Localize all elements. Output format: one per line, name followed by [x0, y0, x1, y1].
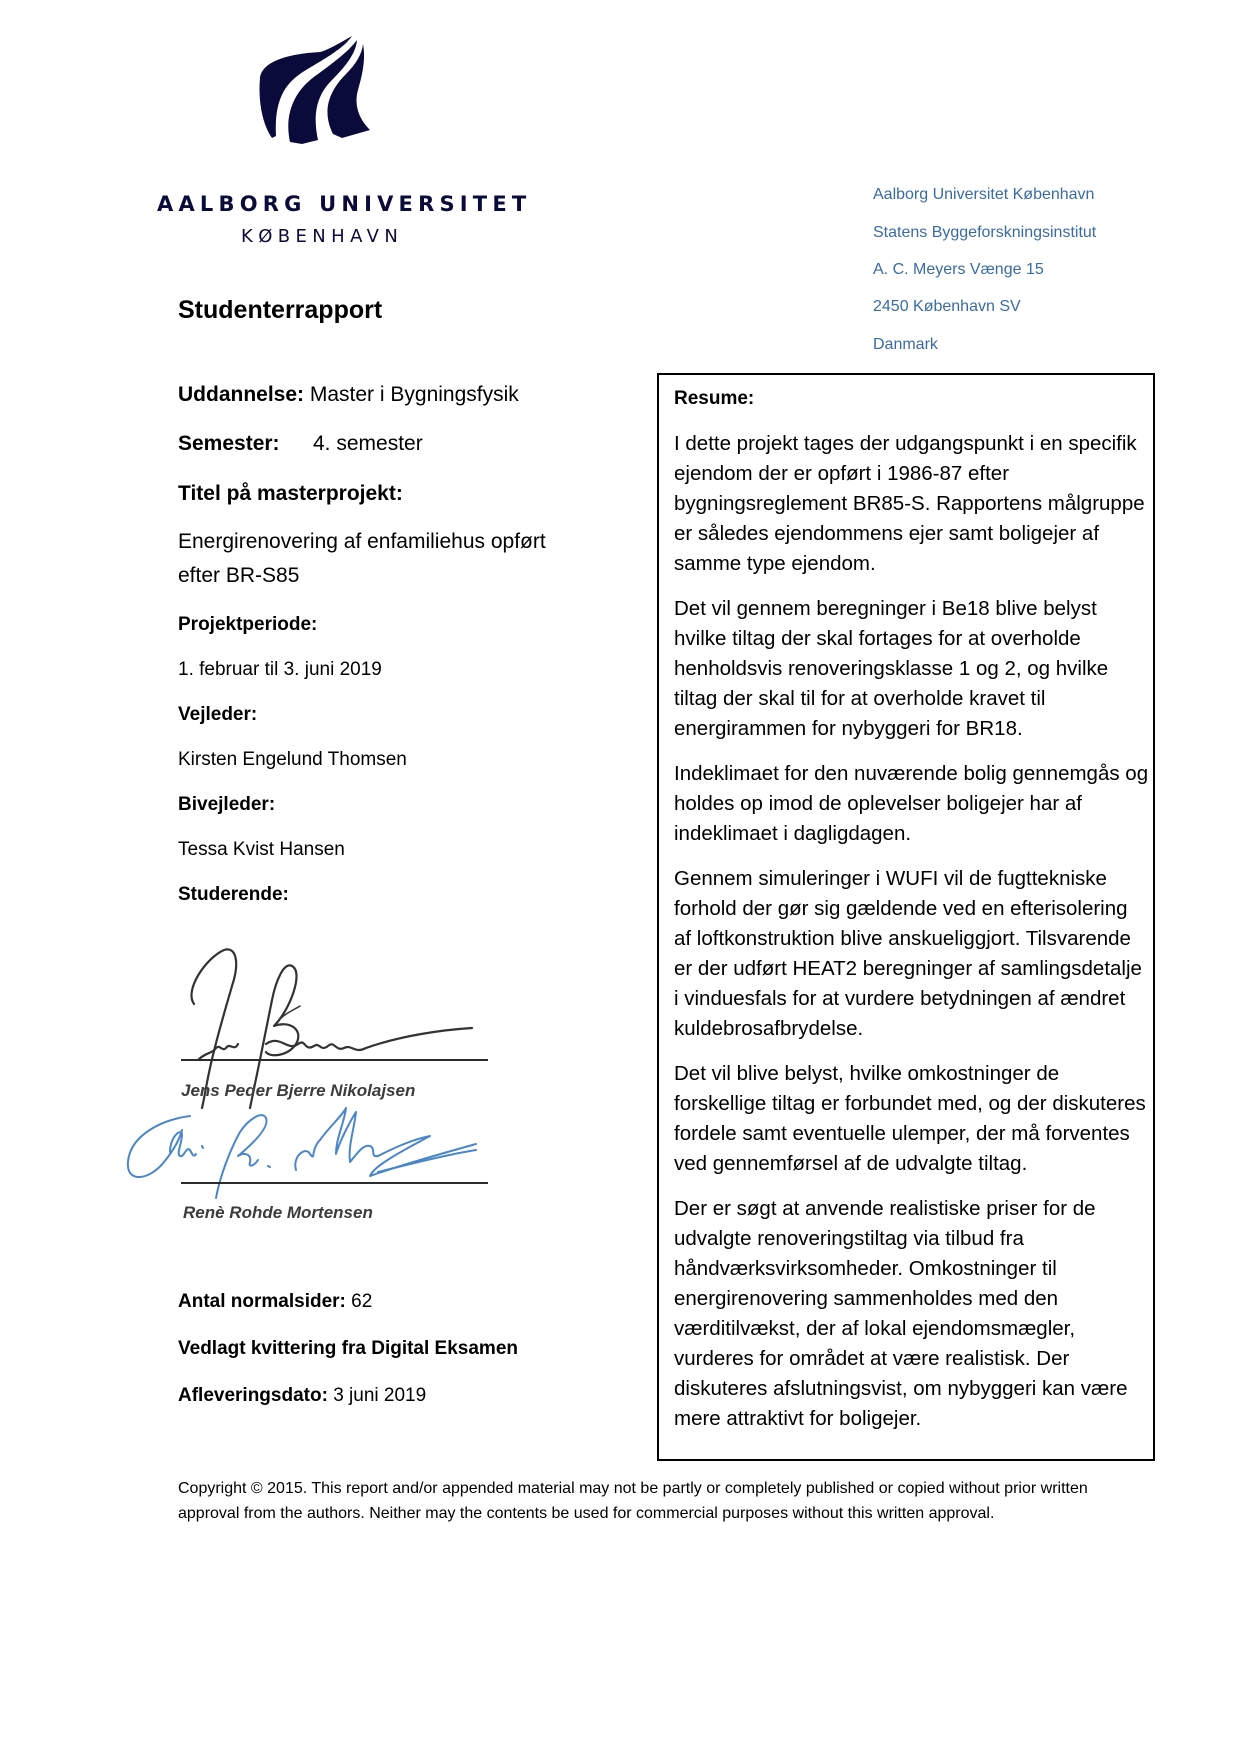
field-delivery-date: Afleveringsdato: 3 juni 2019	[178, 1385, 426, 1408]
field-pages: Antal normalsider: 62	[178, 1291, 372, 1314]
address-line-3: A. C. Meyers Vænge 15	[873, 261, 1044, 279]
resume-body: I dette projekt tages der udgangspunkt i…	[674, 429, 1149, 1449]
pages-label: Antal normalsider:	[178, 1291, 346, 1312]
supervisor-label: Vejleder:	[178, 704, 257, 727]
delivery-label: Afleveringsdato:	[178, 1385, 328, 1406]
copyright-notice: Copyright © 2015. This report and/or app…	[178, 1476, 1108, 1526]
uddannelse-value: Master i Bygningsfysik	[310, 383, 519, 406]
resume-paragraph-3: Indeklimaet for den nuværende bolig genn…	[674, 759, 1149, 849]
signature-line-2	[181, 1182, 488, 1184]
semester-value: 4. semester	[313, 431, 423, 456]
co-supervisor-value: Tessa Kvist Hansen	[178, 839, 345, 862]
resume-paragraph-6: Der er søgt at anvende realistiske prise…	[674, 1194, 1149, 1434]
receipt-note: Vedlagt kvittering fra Digital Eksamen	[178, 1338, 518, 1361]
address-line-4: 2450 København SV	[873, 298, 1021, 316]
co-supervisor-label: Bivejleder:	[178, 794, 275, 817]
resume-paragraph-2: Det vil gennem beregninger i Be18 blive …	[674, 594, 1149, 744]
address-line-2: Statens Byggeforskningsinstitut	[873, 224, 1096, 242]
students-label: Studerende:	[178, 884, 289, 907]
address-line-5: Danmark	[873, 336, 938, 354]
period-label: Projektperiode:	[178, 614, 317, 637]
title-label: Titel på masterprojekt:	[178, 481, 403, 506]
resume-heading: Resume:	[674, 388, 754, 410]
student-name-1: Jens Peder Bjerre Nikolajsen	[181, 1081, 415, 1101]
university-name: AALBORG UNIVERSITET	[157, 192, 491, 216]
signature-line-1	[181, 1059, 488, 1061]
student-name-2: Renè Rohde Mortensen	[183, 1203, 373, 1223]
field-semester: Semester: 4. semester	[178, 431, 478, 457]
resume-paragraph-5: Det vil blive belyst, hvilke omkostninge…	[674, 1059, 1149, 1179]
uddannelse-label: Uddannelse:	[178, 383, 304, 406]
field-uddannelse: Uddannelse: Master i Bygningsfysik	[178, 382, 519, 407]
report-type-heading: Studenterrapport	[178, 296, 382, 325]
resume-paragraph-1: I dette projekt tages der udgangspunkt i…	[674, 429, 1149, 579]
pages-value: 62	[351, 1291, 372, 1312]
resume-box: Resume: I dette projekt tages der udgang…	[657, 373, 1155, 1461]
period-value: 1. februar til 3. juni 2019	[178, 659, 382, 682]
resume-paragraph-4: Gennem simuleringer i WUFI vil de fugtte…	[674, 864, 1149, 1044]
delivery-value: 3 juni 2019	[333, 1385, 426, 1406]
university-city: KØBENHAVN	[241, 226, 403, 247]
supervisor-value: Kirsten Engelund Thomsen	[178, 749, 407, 772]
title-value-line-1: Energirenovering af enfamiliehus opført	[178, 529, 546, 554]
semester-label: Semester:	[178, 432, 280, 455]
signatures-area: Jens Peder Bjerre Nikolajsen Renè Rohde …	[120, 940, 540, 1240]
address-line-1: Aalborg Universitet København	[873, 186, 1094, 204]
title-value-line-2: efter BR-S85	[178, 563, 299, 588]
university-logo-icon	[256, 34, 374, 144]
